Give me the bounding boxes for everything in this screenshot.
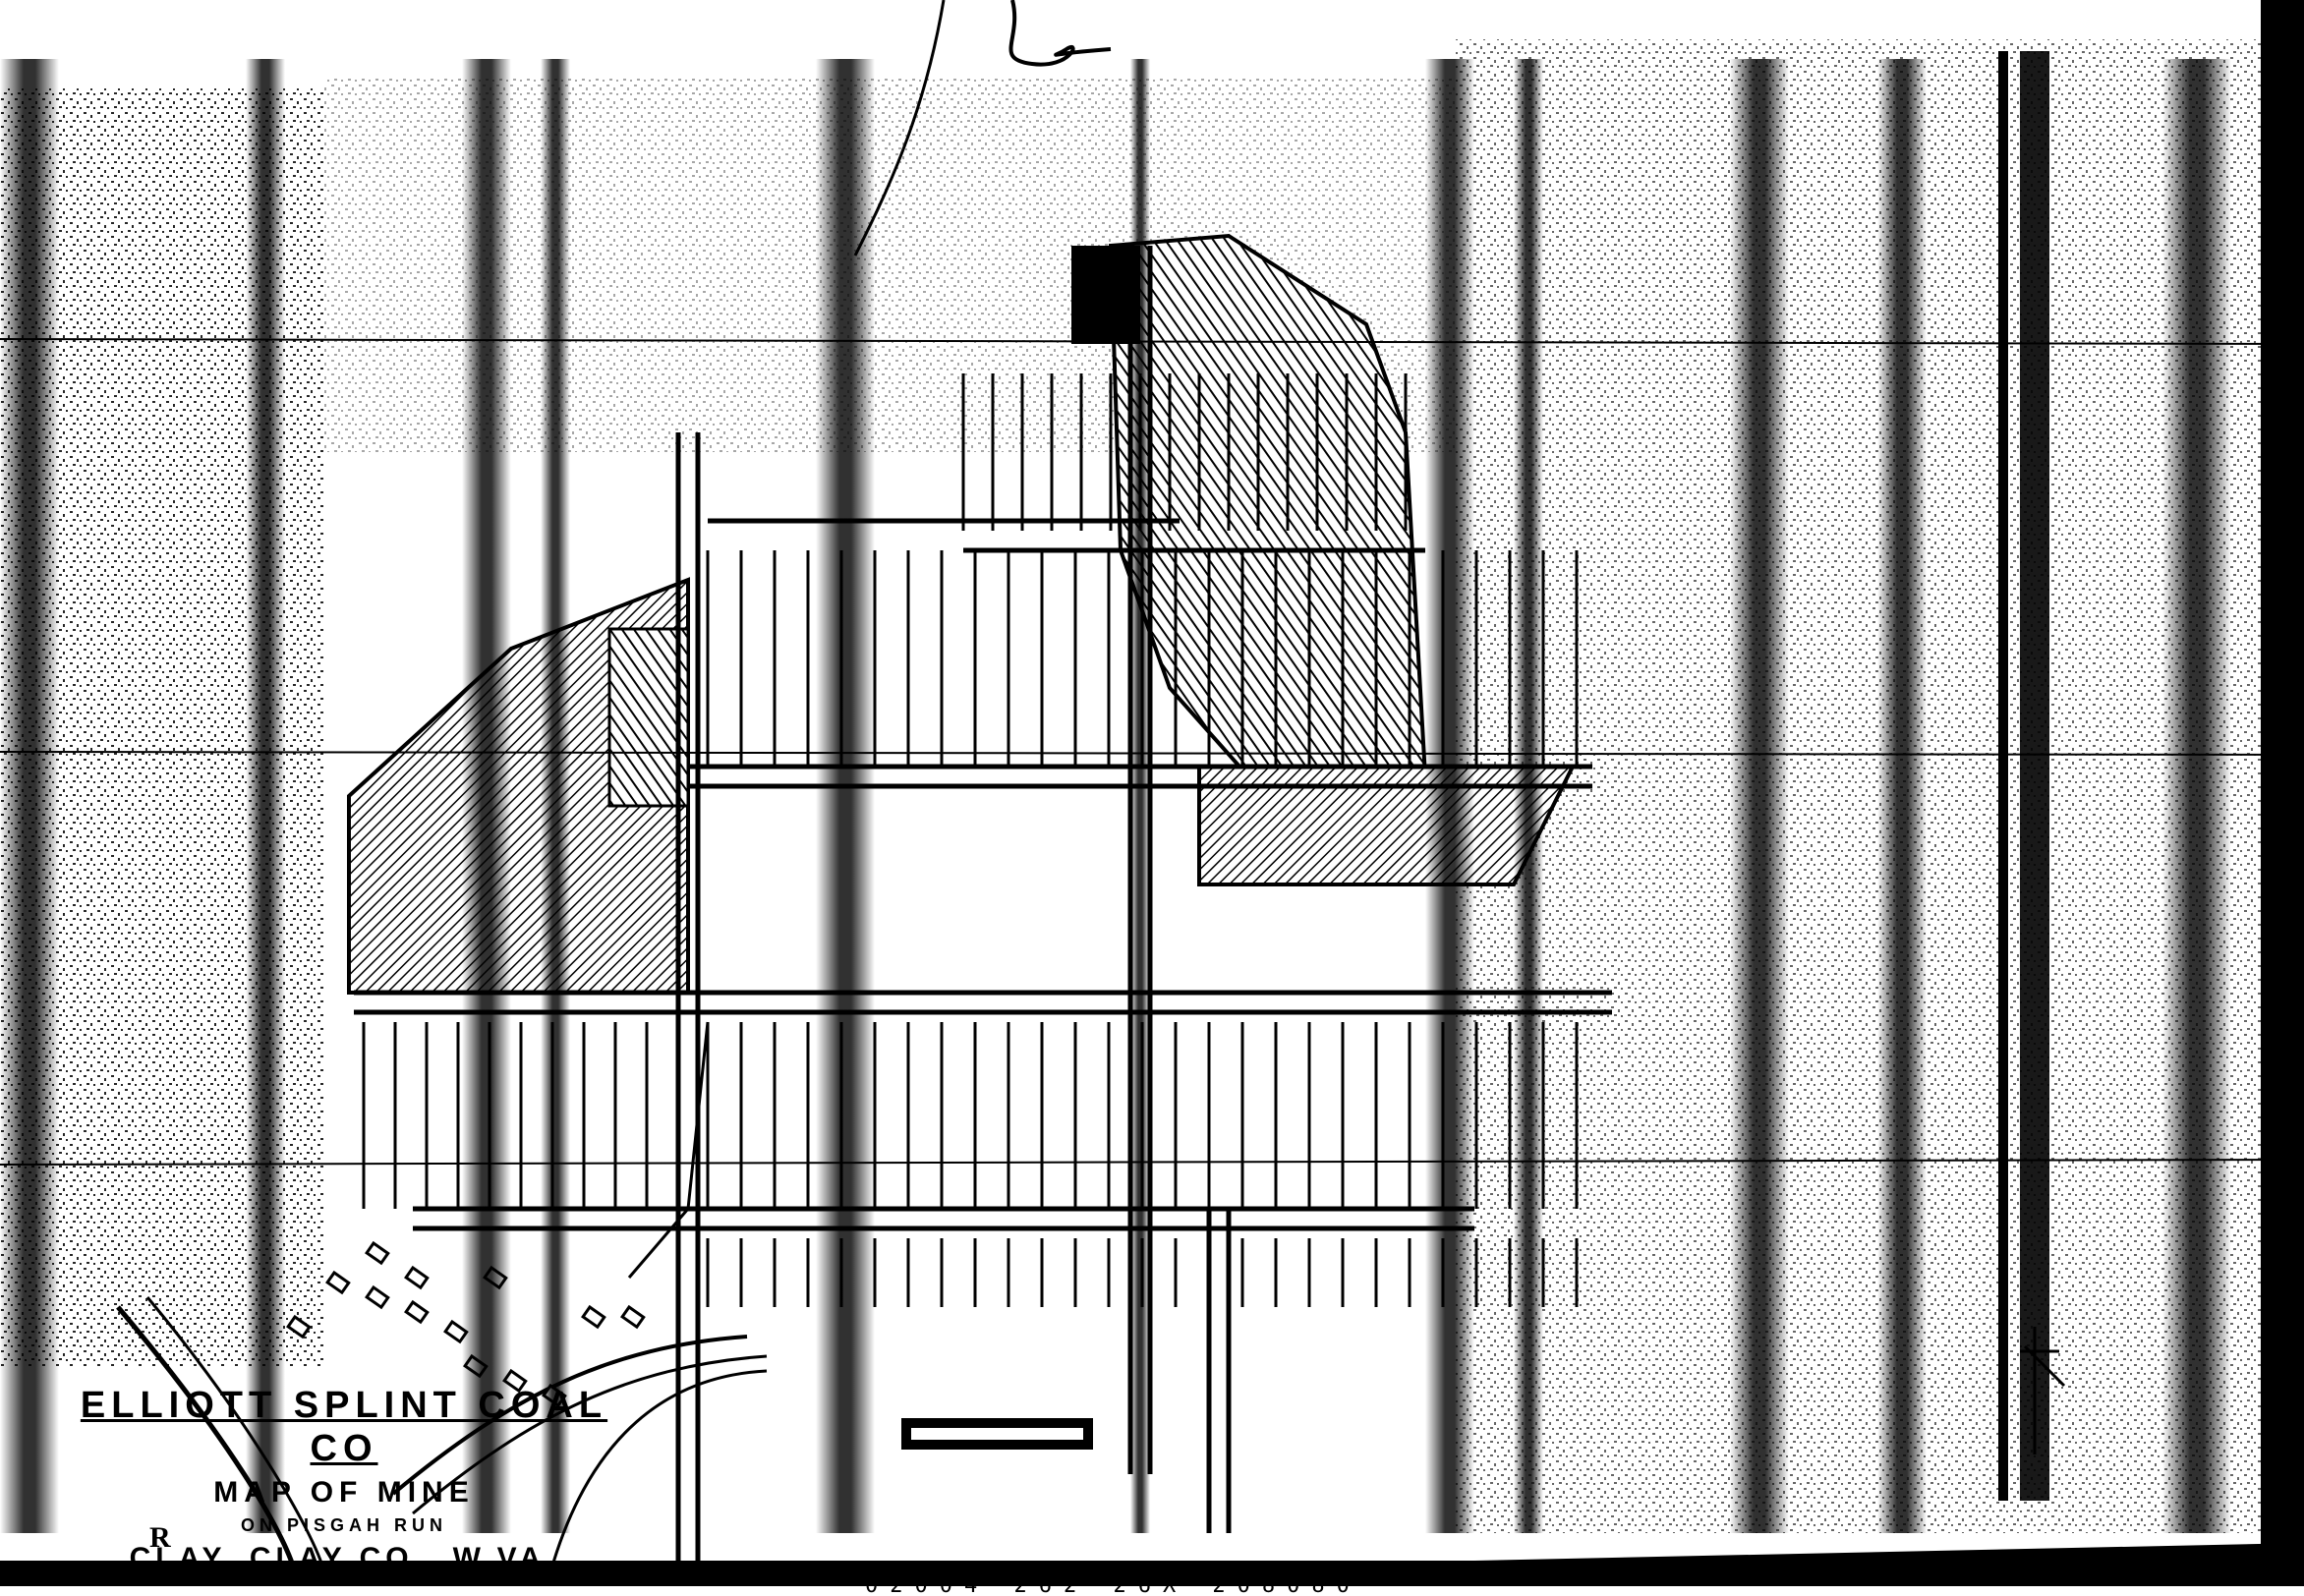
map-heading: MAP OF MINE	[79, 1474, 609, 1511]
mine-map	[0, 0, 2304, 1596]
company-name: ELLIOTT SPLINT COAL CO	[79, 1384, 609, 1470]
legend-box	[901, 1418, 1093, 1450]
ruler-numbers: 02004 262 26X 208080	[865, 1576, 1361, 1596]
title-block: ELLIOTT SPLINT COAL CO MAP OF MINE ON PI…	[79, 1384, 609, 1596]
railroad-letter: R	[149, 1521, 171, 1555]
